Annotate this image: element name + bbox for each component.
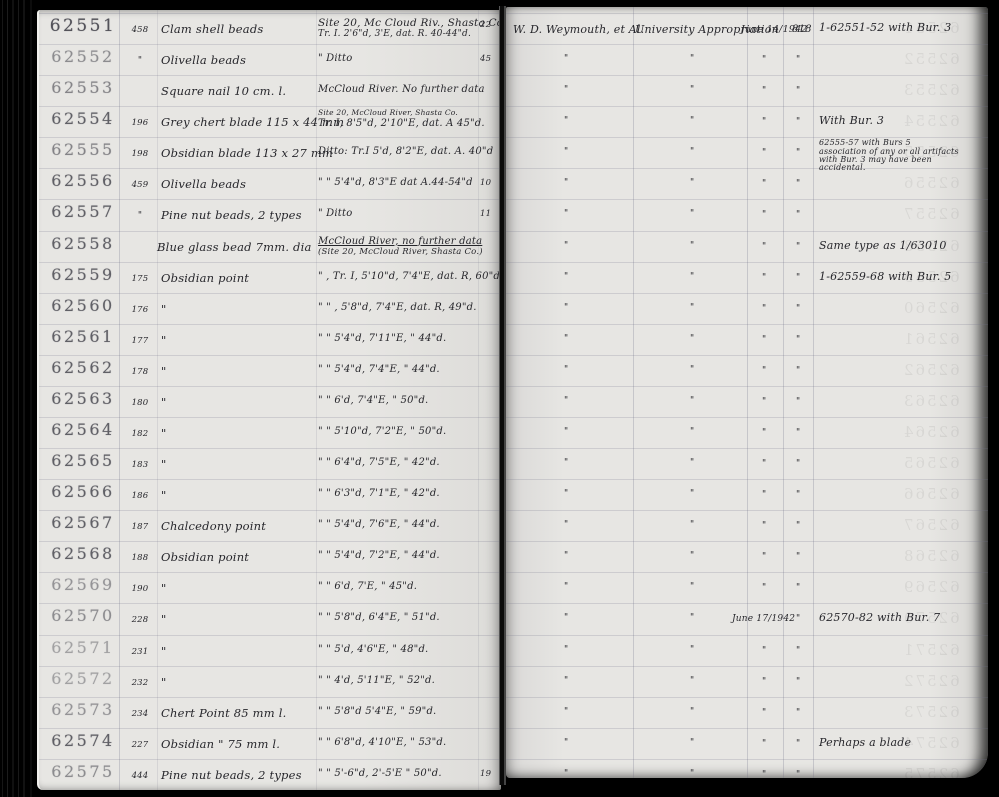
ledger-scan: 62551458Clam shell beadsSite 20, Mc Clou… (0, 0, 999, 797)
ledger-row-right: """"62564 (506, 418, 988, 449)
locality-line: " " 5'8"d, 6'4"E, " 51"d. (318, 612, 440, 623)
date-entry: " (762, 273, 766, 283)
appropriation-entry: " (690, 85, 694, 95)
num-entry: " (796, 273, 800, 283)
collector-entry: " (564, 85, 568, 95)
collector-entry: " (564, 707, 568, 717)
bleed-through-ghost-number: 62557 (902, 205, 960, 223)
appropriation-entry: " (690, 520, 694, 530)
count-number: 10 (480, 178, 491, 188)
right-page: W. D. Weymouth, et Al.University Appropr… (506, 7, 988, 778)
item-description: " (161, 644, 167, 658)
ledger-row-right: """"62567 (506, 511, 988, 542)
specimen-number: 190 (125, 584, 155, 594)
locality-line: " Ditto (318, 53, 352, 64)
appropriation-entry: " (690, 396, 694, 406)
locality-line: Tr. I, 8'5"d, 2'10"E, dat. A 45"d. (318, 118, 485, 129)
catalog-number-stamp: 62562 (45, 358, 121, 377)
catalog-number-stamp: 62567 (45, 513, 121, 532)
num-entry: " (796, 304, 800, 314)
ledger-row-right: """"62569 (506, 573, 988, 604)
locality-line: " " 5'10"d, 7'2"E, " 50"d. (318, 426, 446, 437)
item-description: Square nail 10 cm. l. (161, 84, 286, 98)
bleed-through-ghost-number: 62563 (902, 392, 960, 410)
specimen-number: " (125, 56, 155, 66)
date-entry: " (762, 708, 766, 718)
ledger-row-left: 62552"Olivella beads" Ditto45 (39, 45, 501, 76)
appropriation-entry: " (690, 738, 694, 748)
locality-cell: " " 6'd, 7'4"E, " 50"d. (318, 395, 428, 406)
ledger-row-right: """"62556 (506, 169, 988, 200)
item-description: Obsidian point (161, 550, 249, 564)
item-description: " (161, 302, 167, 316)
locality-line: Site 20, Mc Cloud Riv., Shasta Co. (318, 18, 501, 29)
num-entry: " (796, 86, 800, 96)
appropriation-entry: " (690, 209, 694, 219)
locality-cell: " " 5'd, 4'6"E, " 48"d. (318, 644, 428, 655)
locality-line: " " 5'4"d, 7'4"E, " 44"d. (318, 364, 440, 375)
locality-line: " Ditto (318, 208, 352, 219)
locality-cell: " " 6'8"d, 4'10"E, " 53"d. (318, 737, 446, 748)
locality-line: " " 6'd, 7'4"E, " 50"d. (318, 395, 428, 406)
specimen-number: 231 (125, 647, 155, 657)
ledger-row-right: """"62557 (506, 200, 988, 231)
catalog-number-stamp: 62553 (45, 78, 121, 97)
collector-entry: " (564, 396, 568, 406)
num-entry: " (796, 459, 800, 469)
date-entry: " (762, 428, 766, 438)
book-page-edges (0, 0, 37, 797)
collector-entry: " (564, 365, 568, 375)
appropriation-entry: " (690, 147, 694, 157)
item-description: Blue glass bead 7mm. dia (157, 240, 312, 254)
date-entry: " (762, 583, 766, 593)
catalog-number-stamp: 62561 (45, 327, 121, 346)
bleed-through-ghost-number: 62559 (902, 268, 960, 286)
catalog-number-stamp: 62556 (45, 171, 121, 190)
specimen-number: 177 (125, 336, 155, 346)
appropriation-entry: " (690, 178, 694, 188)
item-description: Pine nut beads, 2 types (161, 768, 302, 782)
appropriation-entry: " (690, 427, 694, 437)
bleed-through-ghost-number: 62566 (902, 485, 960, 503)
catalog-number-stamp: 62552 (45, 47, 121, 66)
num-entry: " (796, 179, 800, 189)
catalog-number-stamp: 62551 (45, 16, 121, 36)
locality-line: Site 20, McCloud River, Shasta Co. (318, 109, 485, 118)
locality-cell: " " , 5'8"d, 7'4"E, dat. R, 49"d. (318, 302, 477, 313)
ledger-row-right: """"62573 (506, 698, 988, 729)
specimen-number: " (125, 211, 155, 221)
locality-cell: McCloud River, no further data(Site 20, … (318, 236, 483, 258)
catalog-number-stamp: 62557 (45, 202, 121, 221)
ledger-row-right: W. D. Weymouth, et Al.University Appropr… (506, 14, 988, 45)
locality-line: " " 6'3"d, 7'1"E, " 42"d. (318, 488, 440, 499)
collector-entry: " (564, 116, 568, 126)
locality-cell: " " 6'3"d, 7'1"E, " 42"d. (318, 488, 440, 499)
locality-cell: " Ditto (318, 208, 352, 219)
bleed-through-ghost-number: 62571 (902, 641, 960, 659)
remarks-cell: With Bur. 3 (819, 115, 884, 127)
ledger-row-left: 62563180"" " 6'd, 7'4"E, " 50"d. (39, 387, 501, 418)
item-description: " (161, 364, 167, 378)
date-entry: " (762, 739, 766, 749)
appropriation-entry: " (690, 116, 694, 126)
bleed-through-ghost-number: 62574 (902, 734, 960, 752)
ledger-row-left: 62562178"" " 5'4"d, 7'4"E, " 44"d. (39, 356, 501, 387)
item-description: Obsidian " 75 mm l. (161, 737, 280, 751)
ledger-row-left: 62568188Obsidian point" " 5'4"d, 7'2"E, … (39, 542, 501, 573)
appropriation-entry: " (690, 645, 694, 655)
bleed-through-ghost-number: 62562 (902, 361, 960, 379)
collector-entry: " (564, 178, 568, 188)
locality-line: " " , 5'8"d, 7'4"E, dat. R, 49"d. (318, 302, 477, 313)
catalog-number-stamp: 62565 (45, 451, 121, 470)
left-page-rows: 62551458Clam shell beadsSite 20, Mc Clou… (39, 13, 501, 790)
specimen-number: 232 (125, 678, 155, 688)
date-entry: " (762, 242, 766, 252)
ledger-row-left: 62566186"" " 6'3"d, 7'1"E, " 42"d. (39, 480, 501, 511)
specimen-number: 182 (125, 429, 155, 439)
date-entry: " (762, 335, 766, 345)
appropriation-entry: " (690, 272, 694, 282)
item-description: Pine nut beads, 2 types (161, 208, 302, 222)
collector-entry: " (564, 613, 568, 623)
item-description: Obsidian point (161, 271, 249, 285)
ledger-row-right: """"With Bur. 362554 (506, 107, 988, 138)
right-page-rows: W. D. Weymouth, et Al.University Appropr… (506, 13, 988, 778)
locality-line: " " 4'd, 5'11"E, " 52"d. (318, 675, 435, 686)
ledger-row-right: """"62555-57 with Burs 5association of a… (506, 138, 988, 169)
collector-entry: " (564, 520, 568, 530)
locality-line: " " 5'4"d, 7'2"E, " 44"d. (318, 550, 440, 561)
specimen-number: 176 (125, 305, 155, 315)
ledger-row-right: """"62553 (506, 76, 988, 107)
locality-cell: McCloud River. No further data (318, 84, 485, 95)
bleed-through-ghost-number: 62564 (902, 423, 960, 441)
locality-cell: " " 5'4"d, 7'6"E, " 44"d. (318, 519, 440, 530)
appropriation-entry: " (690, 365, 694, 375)
appropriation-entry: " (690, 551, 694, 561)
num-entry: " (796, 490, 800, 500)
locality-line: " " 6'8"d, 4'10"E, " 53"d. (318, 737, 446, 748)
date-entry: " (762, 304, 766, 314)
specimen-number: 188 (125, 553, 155, 563)
num-entry: " (796, 366, 800, 376)
catalog-number-stamp: 62563 (45, 389, 121, 408)
ledger-row-right: """"62563 (506, 387, 988, 418)
locality-line: " " 5'4"d, 7'6"E, " 44"d. (318, 519, 440, 530)
ledger-row-right: """"62571 (506, 636, 988, 667)
catalog-number-stamp: 62558 (45, 234, 121, 253)
locality-line: McCloud River. No further data (318, 84, 485, 95)
specimen-number: 180 (125, 398, 155, 408)
bleed-through-ghost-number: 62554 (902, 112, 960, 130)
bleed-through-ghost-number: 62555 (902, 143, 960, 161)
locality-line: Ditto: Tr.I 5'd, 8'2"E, dat. A. 40"d (318, 146, 493, 157)
locality-line: (Site 20, McCloud River, Shasta Co.) (318, 247, 483, 258)
date-entry: " (762, 210, 766, 220)
ledger-row-left: 62556459Olivella beads" " 5'4"d, 8'3"E d… (39, 169, 501, 200)
num-entry: " (796, 677, 800, 687)
locality-cell: " " 5'8"d, 6'4"E, " 51"d. (318, 612, 440, 623)
ledger-row-left: 62557"Pine nut beads, 2 types" Ditto11 (39, 200, 501, 231)
ledger-row-left: 62559175Obsidian point" , Tr. I, 5'10"d,… (39, 263, 501, 294)
appropriation-entry: " (690, 241, 694, 251)
specimen-number: 175 (125, 274, 155, 284)
appropriation-entry: " (690, 303, 694, 313)
collector-entry: " (564, 645, 568, 655)
date-entry: " (762, 179, 766, 189)
item-description: " (161, 581, 167, 595)
count-number: 19 (480, 769, 491, 779)
ledger-row-right: """"62561 (506, 325, 988, 356)
locality-line: Tr. I. 2'6"d, 3'E, dat. R. 40-44"d. (318, 29, 501, 40)
ledger-row-right: """"1-62559-68 with Bur. 562559 (506, 263, 988, 294)
remarks-line: Perhaps a blade (819, 737, 911, 749)
item-description: Olivella beads (161, 53, 246, 67)
ledger-row-left: 62574227Obsidian " 75 mm l." " 6'8"d, 4'… (39, 729, 501, 760)
ledger-row-right: """"62568 (506, 542, 988, 573)
date-entry: " (762, 366, 766, 376)
item-description: " (161, 395, 167, 409)
catalog-number-stamp: 62570 (45, 606, 121, 625)
ledger-row-left: 62565183"" " 6'4"d, 7'5"E, " 42"d. (39, 449, 501, 480)
collector-entry: " (564, 427, 568, 437)
catalog-number-stamp: 62572 (45, 669, 121, 688)
bleed-through-ghost-number: 62572 (902, 672, 960, 690)
item-description: " (161, 612, 167, 626)
appropriation-entry: " (690, 676, 694, 686)
num-entry: " (796, 708, 800, 718)
catalog-number-stamp: 62564 (45, 420, 121, 439)
catalog-number-stamp: 62554 (45, 109, 121, 128)
ledger-row-right: """"62572 (506, 667, 988, 698)
collector-entry: " (564, 54, 568, 64)
specimen-number: 228 (125, 615, 155, 625)
bleed-through-ghost-number: 62560 (902, 299, 960, 317)
remarks-cell: Perhaps a blade (819, 737, 911, 749)
specimen-number: 227 (125, 740, 155, 750)
specimen-number: 444 (125, 771, 155, 781)
item-description: " (161, 426, 167, 440)
ledger-row-left: 62573234Chert Point 85 mm l." " 5'8"d 5'… (39, 698, 501, 729)
ledger-row-right: """"Same type as 1/6301062558 (506, 232, 988, 263)
locality-cell: Ditto: Tr.I 5'd, 8'2"E, dat. A. 40"d (318, 146, 493, 157)
bleed-through-ghost-number: 62551 (902, 19, 960, 37)
ledger-row-left: 62564182"" " 5'10"d, 7'2"E, " 50"d. (39, 418, 501, 449)
collector-entry: " (564, 489, 568, 499)
locality-cell: Site 20, Mc Cloud Riv., Shasta Co.Tr. I.… (318, 18, 501, 40)
num-entry: " (796, 614, 800, 624)
locality-cell: " " 5'4"d, 8'3"E dat A.44-54"d (318, 177, 473, 188)
collector-entry: " (564, 303, 568, 313)
appropriation-entry: " (690, 489, 694, 499)
left-page: 62551458Clam shell beadsSite 20, Mc Clou… (37, 10, 501, 790)
specimen-number: 187 (125, 522, 155, 532)
ledger-row-left: 62570228"" " 5'8"d, 6'4"E, " 51"d. (39, 604, 501, 635)
bleed-through-ghost-number: 62569 (902, 578, 960, 596)
locality-line: " " 6'd, 7'E, " 45"d. (318, 581, 417, 592)
date-entry: " (762, 117, 766, 127)
bleed-through-ghost-number: 62575 (902, 765, 960, 778)
catalog-number-stamp: 62569 (45, 575, 121, 594)
item-description: Grey chert blade 115 x 44 mm (161, 115, 344, 129)
num-entry: " (796, 739, 800, 749)
ledger-row-left: 62572232"" " 4'd, 5'11"E, " 52"d. (39, 667, 501, 698)
locality-cell: " " 6'd, 7'E, " 45"d. (318, 581, 417, 592)
collector-entry: " (564, 209, 568, 219)
ledger-row-left: 62555198Obsidian blade 113 x 27 mmDitto:… (39, 138, 501, 169)
item-description: " (161, 675, 167, 689)
date-entry: " (762, 521, 766, 531)
locality-cell: " " 5'-6"d, 2'-5'E " 50"d. (318, 768, 442, 779)
date-entry: " (762, 55, 766, 65)
appropriation-entry: " (690, 582, 694, 592)
ledger-row-right: """"62575 (506, 760, 988, 778)
num-entry: " (796, 55, 800, 65)
specimen-number: 183 (125, 460, 155, 470)
bleed-through-ghost-number: 62568 (902, 547, 960, 565)
ledger-row-right: """"62562 (506, 356, 988, 387)
item-description: " (161, 333, 167, 347)
item-description: Chalcedony point (161, 519, 266, 533)
catalog-number-stamp: 62559 (45, 265, 121, 284)
ledger-row-right: """"62552 (506, 45, 988, 76)
date-entry: " (762, 148, 766, 158)
date-entry: " (762, 490, 766, 500)
locality-line: " " 5'd, 4'6"E, " 48"d. (318, 644, 428, 655)
catalog-number-stamp: 62575 (45, 762, 121, 781)
locality-line: " " 5'4"d, 7'11"E, " 44"d. (318, 333, 446, 344)
bleed-through-ghost-number: 62556 (902, 174, 960, 192)
book-gutter (499, 6, 506, 785)
item-description: " (161, 457, 167, 471)
num-entry: " (796, 335, 800, 345)
locality-line: " " 6'4"d, 7'5"E, " 42"d. (318, 457, 440, 468)
num-entry: " (796, 117, 800, 127)
num-entry: " (796, 552, 800, 562)
catalog-number-stamp: 62574 (45, 731, 121, 750)
locality-cell: " " 5'4"d, 7'11"E, " 44"d. (318, 333, 446, 344)
appropriation-entry: " (690, 334, 694, 344)
num-entry: " (796, 646, 800, 656)
locality-cell: " " 5'4"d, 7'2"E, " 44"d. (318, 550, 440, 561)
ledger-row-right: """"62566 (506, 480, 988, 511)
ledger-row-left: 62561177"" " 5'4"d, 7'11"E, " 44"d. (39, 325, 501, 356)
item-description: Chert Point 85 mm l. (161, 706, 286, 720)
date-entry: " (762, 552, 766, 562)
locality-cell: " " 6'4"d, 7'5"E, " 42"d. (318, 457, 440, 468)
locality-cell: " " 5'4"d, 7'4"E, " 44"d. (318, 364, 440, 375)
item-description: Olivella beads (161, 177, 246, 191)
ledger-row-right: """"Perhaps a blade62574 (506, 729, 988, 760)
remarks-line: With Bur. 3 (819, 115, 884, 127)
collector-entry: " (564, 551, 568, 561)
catalog-number-stamp: 62560 (45, 296, 121, 315)
date-entry: June 17/1942 (732, 614, 795, 624)
catalog-number-stamp: 62555 (45, 140, 121, 159)
locality-cell: " " 5'10"d, 7'2"E, " 50"d. (318, 426, 446, 437)
num-entry: " (796, 521, 800, 531)
collector-entry: " (564, 582, 568, 592)
specimen-number: 198 (125, 149, 155, 159)
catalog-number-stamp: 62568 (45, 544, 121, 563)
specimen-number: 186 (125, 491, 155, 501)
collector-entry: " (564, 241, 568, 251)
collector-entry: W. D. Weymouth, et Al. (513, 23, 644, 36)
collector-entry: " (564, 676, 568, 686)
locality-line: " " 5'4"d, 8'3"E dat A.44-54"d (318, 177, 473, 188)
item-description: " (161, 488, 167, 502)
count-number: 22 (480, 20, 491, 30)
ledger-row-right: ""June 17/1942"62570-82 with Bur. 762570 (506, 604, 988, 635)
num-entry: " (796, 242, 800, 252)
collector-entry: " (564, 458, 568, 468)
num-entry: " (796, 770, 800, 778)
locality-line: " " 5'-6"d, 2'-5'E " 50"d. (318, 768, 442, 779)
bleed-through-ghost-number: 62552 (902, 50, 960, 68)
ledger-row-left: 62575444Pine nut beads, 2 types" " 5'-6"… (39, 760, 501, 790)
ledger-row-right: """"62560 (506, 294, 988, 325)
item-description: Obsidian blade 113 x 27 mm (161, 146, 333, 160)
num-entry: " (796, 148, 800, 158)
specimen-number: 459 (125, 180, 155, 190)
bleed-through-ghost-number: 62561 (902, 330, 960, 348)
appropriation-entry: " (690, 458, 694, 468)
bleed-through-ghost-number: 62570 (902, 609, 960, 627)
specimen-number: 178 (125, 367, 155, 377)
locality-cell: " " 4'd, 5'11"E, " 52"d. (318, 675, 435, 686)
catalog-number-stamp: 62566 (45, 482, 121, 501)
bleed-through-ghost-number: 62558 (902, 237, 960, 255)
num-entry: " (796, 397, 800, 407)
ledger-row-left: 62554196Grey chert blade 115 x 44 mmSite… (39, 107, 501, 138)
num-entry: " (796, 428, 800, 438)
collector-entry: " (564, 738, 568, 748)
collector-entry: " (564, 769, 568, 778)
locality-cell: " , Tr. I, 5'10"d, 7'4"E, dat. R, 60"d (318, 271, 500, 282)
locality-cell: " Ditto (318, 53, 352, 64)
ledger-row-left: 62560176"" " , 5'8"d, 7'4"E, dat. R, 49"… (39, 294, 501, 325)
locality-line: " , Tr. I, 5'10"d, 7'4"E, dat. R, 60"d (318, 271, 500, 282)
date-entry: " (762, 86, 766, 96)
ledger-row-left: 62569190"" " 6'd, 7'E, " 45"d. (39, 573, 501, 604)
bleed-through-ghost-number: 62567 (902, 516, 960, 534)
count-number: 11 (480, 209, 491, 219)
bleed-through-ghost-number: 62553 (902, 81, 960, 99)
locality-line: McCloud River, no further data (318, 236, 483, 247)
ledger-row-left: 62571231"" " 5'd, 4'6"E, " 48"d. (39, 636, 501, 667)
collector-entry: " (564, 272, 568, 282)
appropriation-entry: " (690, 707, 694, 717)
specimen-number: 458 (125, 25, 155, 35)
catalog-number-stamp: 62573 (45, 700, 121, 719)
specimen-number: 234 (125, 709, 155, 719)
locality-cell: " " 5'8"d 5'4"E, " 59"d. (318, 706, 436, 717)
bleed-through-ghost-number: 62565 (902, 454, 960, 472)
num-entry: 818 (792, 24, 812, 35)
num-entry: " (796, 210, 800, 220)
ledger-row-left: 62567187Chalcedony point" " 5'4"d, 7'6"E… (39, 511, 501, 542)
collector-entry: " (564, 147, 568, 157)
date-entry: " (762, 646, 766, 656)
locality-cell: Site 20, McCloud River, Shasta Co.Tr. I,… (318, 109, 485, 129)
ledger-row-left: 62558Blue glass bead 7mm. diaMcCloud Riv… (39, 232, 501, 263)
date-entry: " (762, 397, 766, 407)
date-entry: " (762, 459, 766, 469)
date-entry: " (762, 677, 766, 687)
